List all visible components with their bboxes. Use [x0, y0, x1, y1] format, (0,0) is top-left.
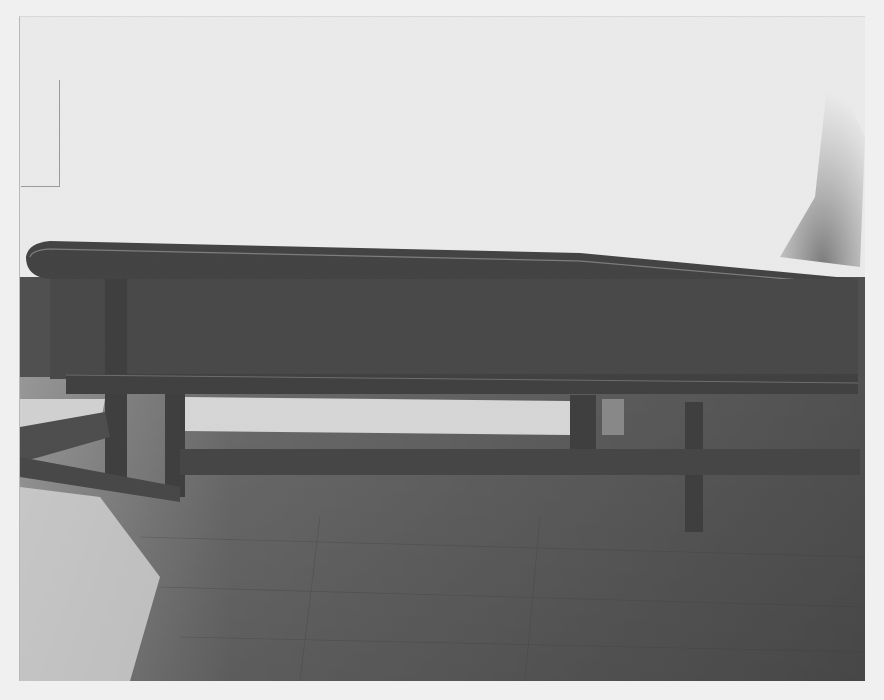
photograph — [19, 16, 865, 681]
registration-mark — [21, 80, 60, 187]
photocopy-sheet: Long low wooden bench with lower stretch… — [0, 0, 884, 700]
bench-photo-illustration — [20, 17, 865, 681]
photocopy-grain — [20, 17, 865, 681]
